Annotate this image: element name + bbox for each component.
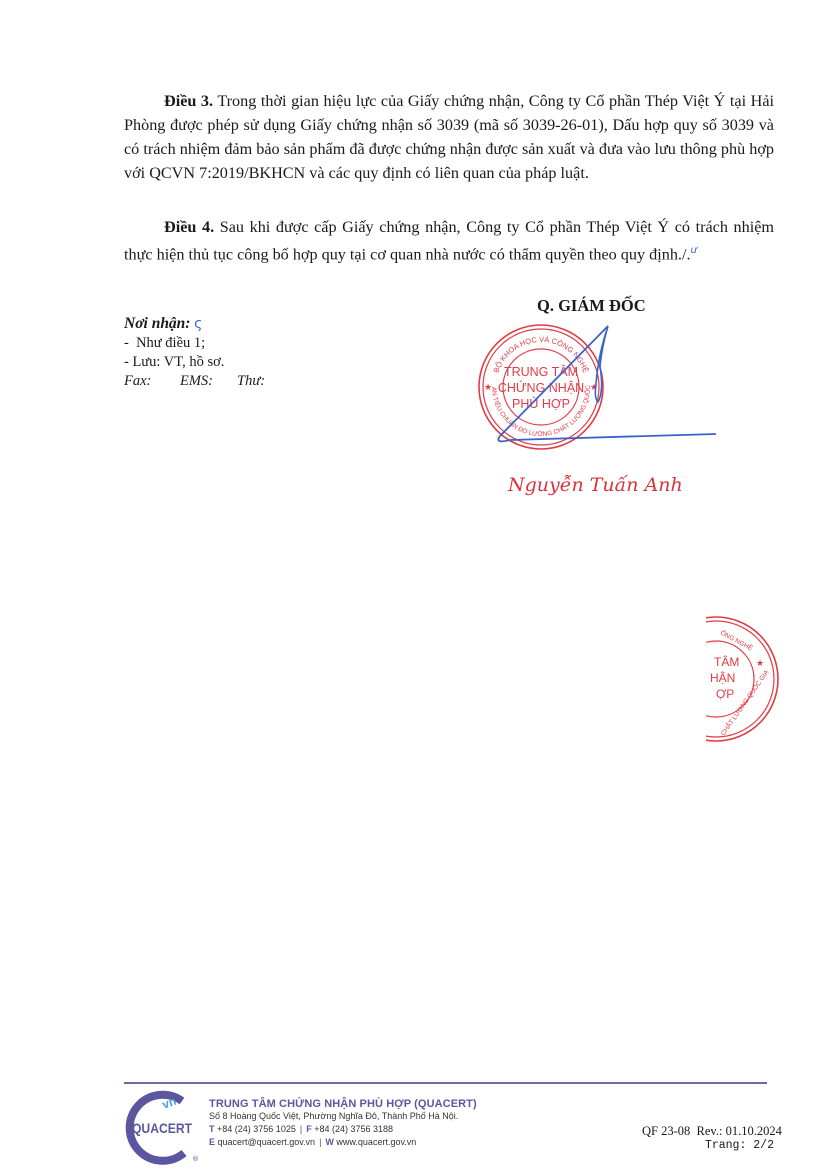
phone: +84 (24) 3756 1025 [217,1124,296,1134]
article-3-text: Trong thời gian hiệu lực của Giấy chứng … [124,92,774,182]
delivery-fax: Fax: [124,372,180,391]
svg-text:ỢP: ỢP [716,687,734,701]
partial-stamp-icon: TÂM HẬN ỢP ★ ÔNG NGHỆ CHẤT LƯỢNG QUỐC GI… [706,604,827,754]
article-4-label: Điều 4. [164,218,214,236]
article-3: Điều 3. Trong thời gian hiệu lực của Giấ… [124,89,774,185]
form-code-block: QF 23-08 Rev.: 01.10.2024 Trang: 2/2 [642,1124,774,1152]
revision-date: 01.10.2024 [726,1124,782,1138]
footer-divider [124,1082,767,1084]
recipient-item: - Lưu: VT, hồ sơ. [124,353,265,372]
svg-text:★: ★ [756,658,764,668]
article-4: Điều 4. Sau khi được cấp Giấy chứng nhận… [124,215,774,266]
email-link[interactable]: quacert@quacert.gov.vn [218,1137,316,1147]
contact-email-web: E quacert@quacert.gov.vn|W www.quacert.g… [209,1136,477,1149]
svg-text:HẬN: HẬN [710,670,735,685]
delivery-ems: EMS: [180,372,237,391]
recipients-title: Nơi nhận: [124,315,190,332]
signature-icon [480,306,730,456]
quacert-logo-icon: vn QUACERT ® [122,1089,204,1165]
organization-address: Số 8 Hoàng Quốc Việt, Phường Nghĩa Đô, T… [209,1110,477,1123]
organization-info: TRUNG TÂM CHỨNG NHẬN PHÙ HỢP (QUACERT) S… [209,1098,477,1149]
contact-phone-fax: T +84 (24) 3756 1025|F +84 (24) 3756 318… [209,1123,477,1136]
svg-text:®: ® [192,1155,199,1163]
article-4-text: Sau khi được cấp Giấy chứng nhận, Công t… [124,218,774,263]
organization-name: TRUNG TÂM CHỨNG NHẬN PHÙ HỢP (QUACERT) [209,1098,477,1110]
recipients-block: Nơi nhận: ς - Như điều 1; - Lưu: VT, hồ … [124,314,265,391]
fax: +84 (24) 3756 3188 [314,1124,393,1134]
page-number: 2/2 [753,1139,774,1152]
website-link[interactable]: www.quacert.gov.vn [336,1137,416,1147]
recipient-item: - Như điều 1; [124,334,265,353]
handwritten-mark: ς [194,316,202,332]
form-code: QF 23-08 [642,1124,690,1138]
handwritten-initial: ư [691,245,697,256]
signer-name: Nguyễn Tuấn Anh [508,474,683,496]
svg-text:TÂM: TÂM [714,654,739,669]
delivery-methods: Fax:EMS:Thư: [124,372,265,391]
delivery-mail: Thư: [237,372,265,391]
article-3-label: Điều 3. [164,92,213,110]
svg-text:QUACERT: QUACERT [132,1120,192,1136]
